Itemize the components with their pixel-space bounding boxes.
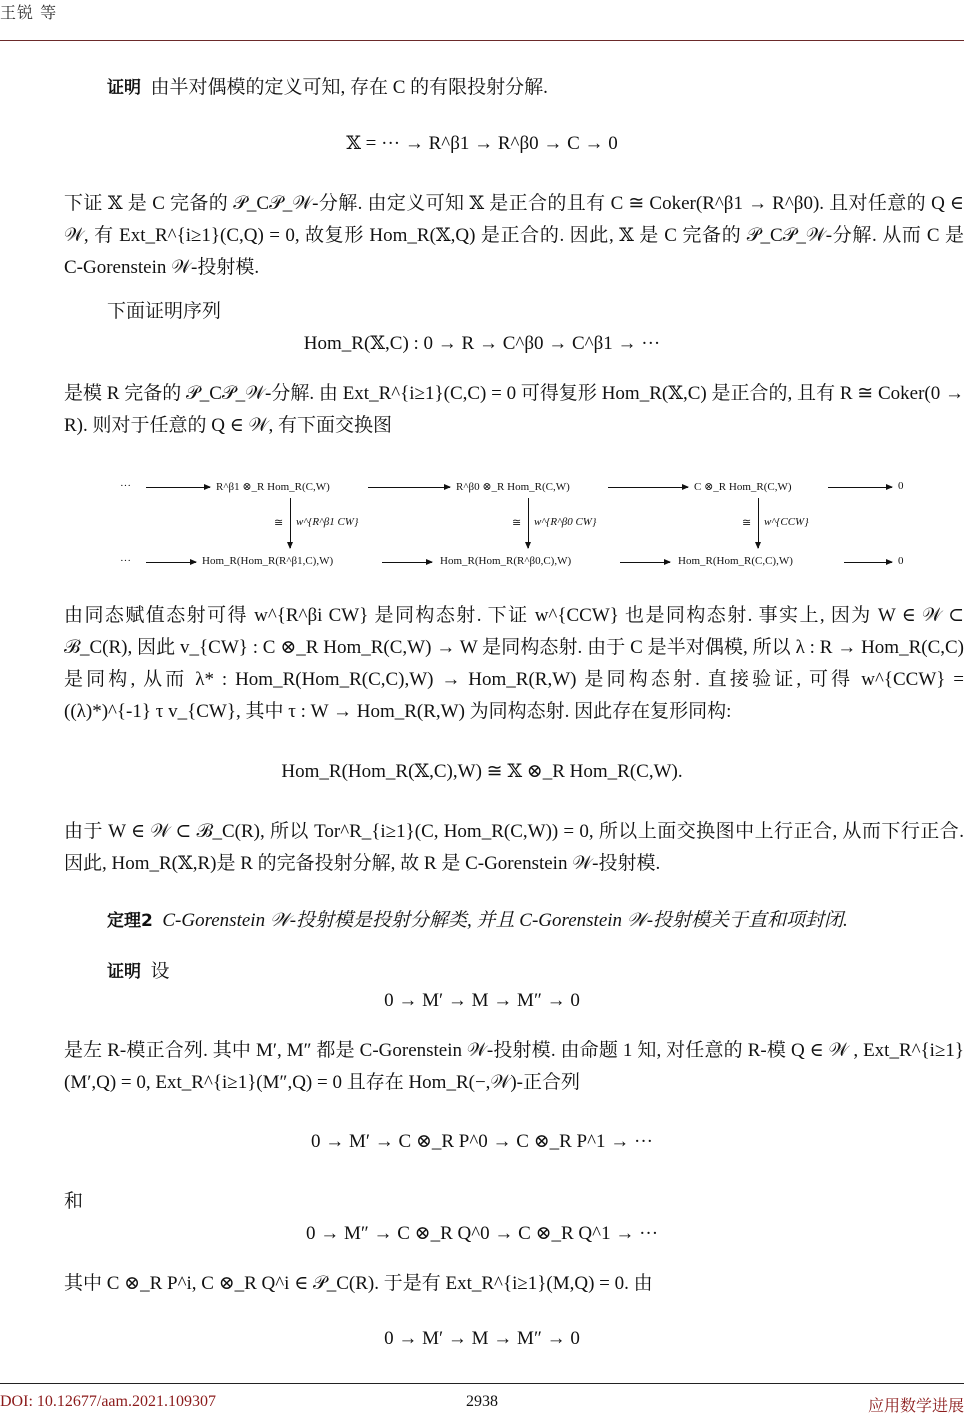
running-header-authors: 王锐 等	[0, 0, 57, 23]
diagram-vertical-arrow	[758, 498, 759, 548]
paragraph-pc-membership: 其中 C ⊗_R P^i, C ⊗_R Q^i ∈ 𝒫_C(R). 于是有 Ex…	[64, 1268, 964, 1300]
paragraph-prove-sequence: 下面证明序列	[64, 296, 964, 328]
diagram-bottom-zero: 0	[898, 555, 904, 567]
diagram-vlabel-2: w^{R^β0 CW}	[534, 516, 596, 528]
proof1-intro: 证明 由半对偶模的定义可知, 存在 C 的有限投射分解.	[107, 72, 957, 104]
diagram-iso-symbol: ≅	[742, 516, 751, 529]
diagram-arrow	[844, 562, 892, 563]
diagram-bottom-node-1: Hom_R(Hom_R(R^β1,C),W)	[202, 555, 333, 567]
diagram-top-node-3: C ⊗_R Hom_R(C,W)	[694, 480, 792, 493]
proof2-label: 证明	[107, 962, 141, 982]
journal-name: 应用数学进展	[868, 1393, 964, 1414]
diagram-top-node-2: R^β0 ⊗_R Hom_R(C,W)	[456, 480, 570, 493]
diagram-vertical-arrow	[528, 498, 529, 548]
diagram-vlabel-1: w^{R^β1 CW}	[296, 516, 358, 528]
diagram-iso-symbol: ≅	[512, 516, 521, 529]
theorem-2-label: 定理2	[107, 911, 153, 931]
paragraph-module-r-resolution: 是模 R 完备的 𝒫_C𝒫_𝒲-分解. 由 Ext_R^{i≥1}(C,C) =…	[64, 378, 964, 442]
paragraph-and: 和	[64, 1186, 964, 1218]
equation-resolution-m-double-prime: 0 → M″ → C ⊗_R Q^0 → C ⊗_R Q^1 → ···	[0, 1222, 964, 1245]
commutative-diagram: ··· R^β1 ⊗_R Hom_R(C,W) R^β0 ⊗_R Hom_R(C…	[110, 476, 930, 576]
paragraph-tor-vanishing: 由于 W ∈ 𝒲 ⊂ ℬ_C(R), 所以 Tor^R_{i≥1}(C, Hom…	[64, 816, 964, 880]
paragraph-exact-sequence-left-r: 是左 R-模正合列. 其中 M′, M″ 都是 C-Gorenstein 𝒲-投…	[64, 1035, 964, 1099]
equation-resolution-m-prime: 0 → M′ → C ⊗_R P^0 → C ⊗_R P^1 → ···	[0, 1130, 964, 1153]
paragraph-isomorphism-argument: 由同态赋值态射可得 w^{R^βi CW} 是同构态射. 下证 w^{CCW} …	[64, 600, 964, 728]
diagram-vertical-arrow	[290, 498, 291, 548]
footer-rule	[0, 1383, 964, 1384]
diagram-arrow	[146, 487, 210, 488]
diagram-top-dots: ···	[120, 480, 131, 492]
proof2-intro-text: 设	[151, 961, 170, 982]
diagram-vlabel-3: w^{CCW}	[764, 516, 809, 528]
equation-resolution-x: 𝕏 = ··· → R^β1 → R^β0 → C → 0	[0, 132, 964, 155]
proof1-label: 证明	[107, 78, 141, 98]
footer-doi[interactable]: DOI: 10.12677/aam.2021.109307	[0, 1393, 216, 1411]
diagram-top-node-1: R^β1 ⊗_R Hom_R(C,W)	[216, 480, 330, 493]
diagram-arrow	[146, 562, 196, 563]
diagram-arrow	[382, 562, 432, 563]
equation-complex-isomorphism: Hom_R(Hom_R(𝕏,C),W) ≅ 𝕏 ⊗_R Hom_R(C,W).	[0, 760, 964, 783]
proof2-intro: 证明 设	[107, 956, 957, 988]
diagram-bottom-node-3: Hom_R(Hom_R(C,C),W)	[678, 555, 793, 567]
proof1-intro-text: 由半对偶模的定义可知, 存在 C 的有限投射分解.	[151, 77, 548, 98]
theorem-2: 定理2 C-Gorenstein 𝒲-投射模是投射分解类, 并且 C-Goren…	[107, 905, 964, 937]
diagram-bottom-node-2: Hom_R(Hom_R(R^β0,C),W)	[440, 555, 571, 567]
diagram-top-zero: 0	[898, 480, 904, 492]
diagram-arrow	[368, 487, 450, 488]
diagram-arrow	[620, 562, 670, 563]
diagram-arrow	[828, 487, 892, 488]
page-number: 2938	[466, 1393, 498, 1411]
equation-short-exact-sequence: 0 → M′ → M → M″ → 0	[0, 990, 964, 1012]
equation-short-exact-sequence-repeat: 0 → M′ → M → M″ → 0	[0, 1328, 964, 1350]
diagram-arrow	[608, 487, 688, 488]
theorem-2-text: C-Gorenstein 𝒲-投射模是投射分解类, 并且 C-Gorenstei…	[162, 910, 847, 931]
equation-hom-x-c: Hom_R(𝕏,C) : 0 → R → C^β0 → C^β1 → ···	[0, 332, 964, 355]
diagram-bottom-dots: ···	[120, 555, 131, 567]
diagram-iso-symbol: ≅	[274, 516, 283, 529]
header-rule	[0, 40, 964, 41]
paragraph-complete-resolution: 下证 𝕏 是 C 完备的 𝒫_C𝒫_𝒲-分解. 由定义可知 𝕏 是正合的且有 C…	[64, 188, 964, 284]
